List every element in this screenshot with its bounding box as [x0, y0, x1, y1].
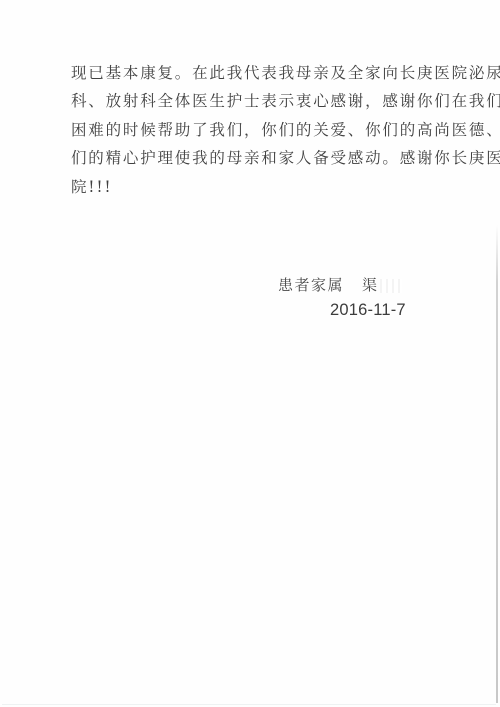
- letter-body: 现已基本康复。在此我代表我母亲及全家向长庚医院泌尿 科、放射科全体医生护士表示衷…: [71, 62, 431, 204]
- letter-line-3: 困难的时候帮助了我们，你们的关爱、你们的高尚医德、你: [71, 119, 431, 147]
- redacted-name-mark: [380, 279, 402, 293]
- letter-page: 现已基本康复。在此我代表我母亲及全家向长庚医院泌尿 科、放射科全体医生护士表示衷…: [0, 0, 500, 707]
- letter-line-1: 现已基本康复。在此我代表我母亲及全家向长庚医院泌尿: [71, 62, 431, 90]
- letter-line-4: 们的精心护理使我的母亲和家人备受感动。感谢你长庚医: [71, 147, 431, 175]
- letter-date: 2016-11-7: [330, 301, 406, 320]
- letter-line-2: 科、放射科全体医生护士表示衷心感谢，感谢你们在我们最: [71, 90, 431, 118]
- signature-name: 渠: [362, 274, 379, 295]
- signature-label: 患者家属: [278, 274, 344, 295]
- scan-edge-shadow: [496, 225, 498, 703]
- letter-line-5: 院!!!: [71, 176, 431, 204]
- scan-bottom-edge: [2, 704, 496, 705]
- signature-block: 患者家属渠: [278, 274, 402, 295]
